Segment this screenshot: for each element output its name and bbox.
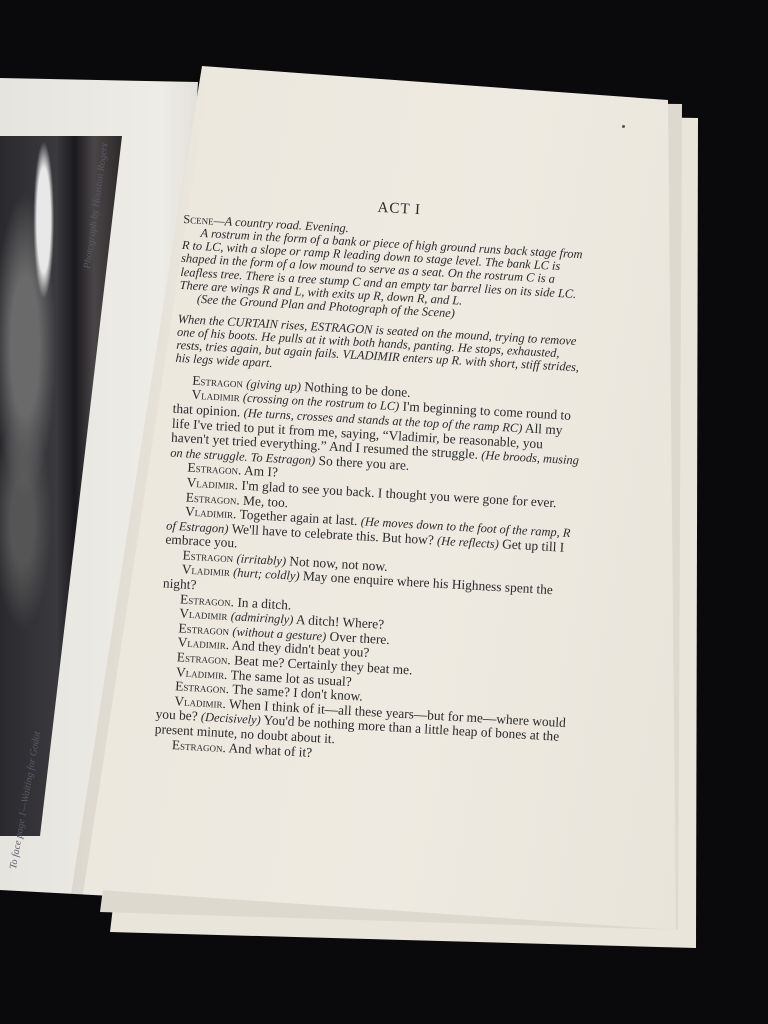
scene-label: Scene <box>183 211 214 227</box>
stage-direction: (He reflects) <box>437 533 499 550</box>
stage-direction: (hurt; coldly) <box>233 566 300 584</box>
page-text: ACT I Scene—A country road. Evening. A r… <box>154 190 595 774</box>
paper-speck <box>622 125 625 128</box>
dialogue: Estragon (giving up) Nothing to be done.… <box>154 372 585 774</box>
speaker-name: Estragon. <box>172 737 227 755</box>
